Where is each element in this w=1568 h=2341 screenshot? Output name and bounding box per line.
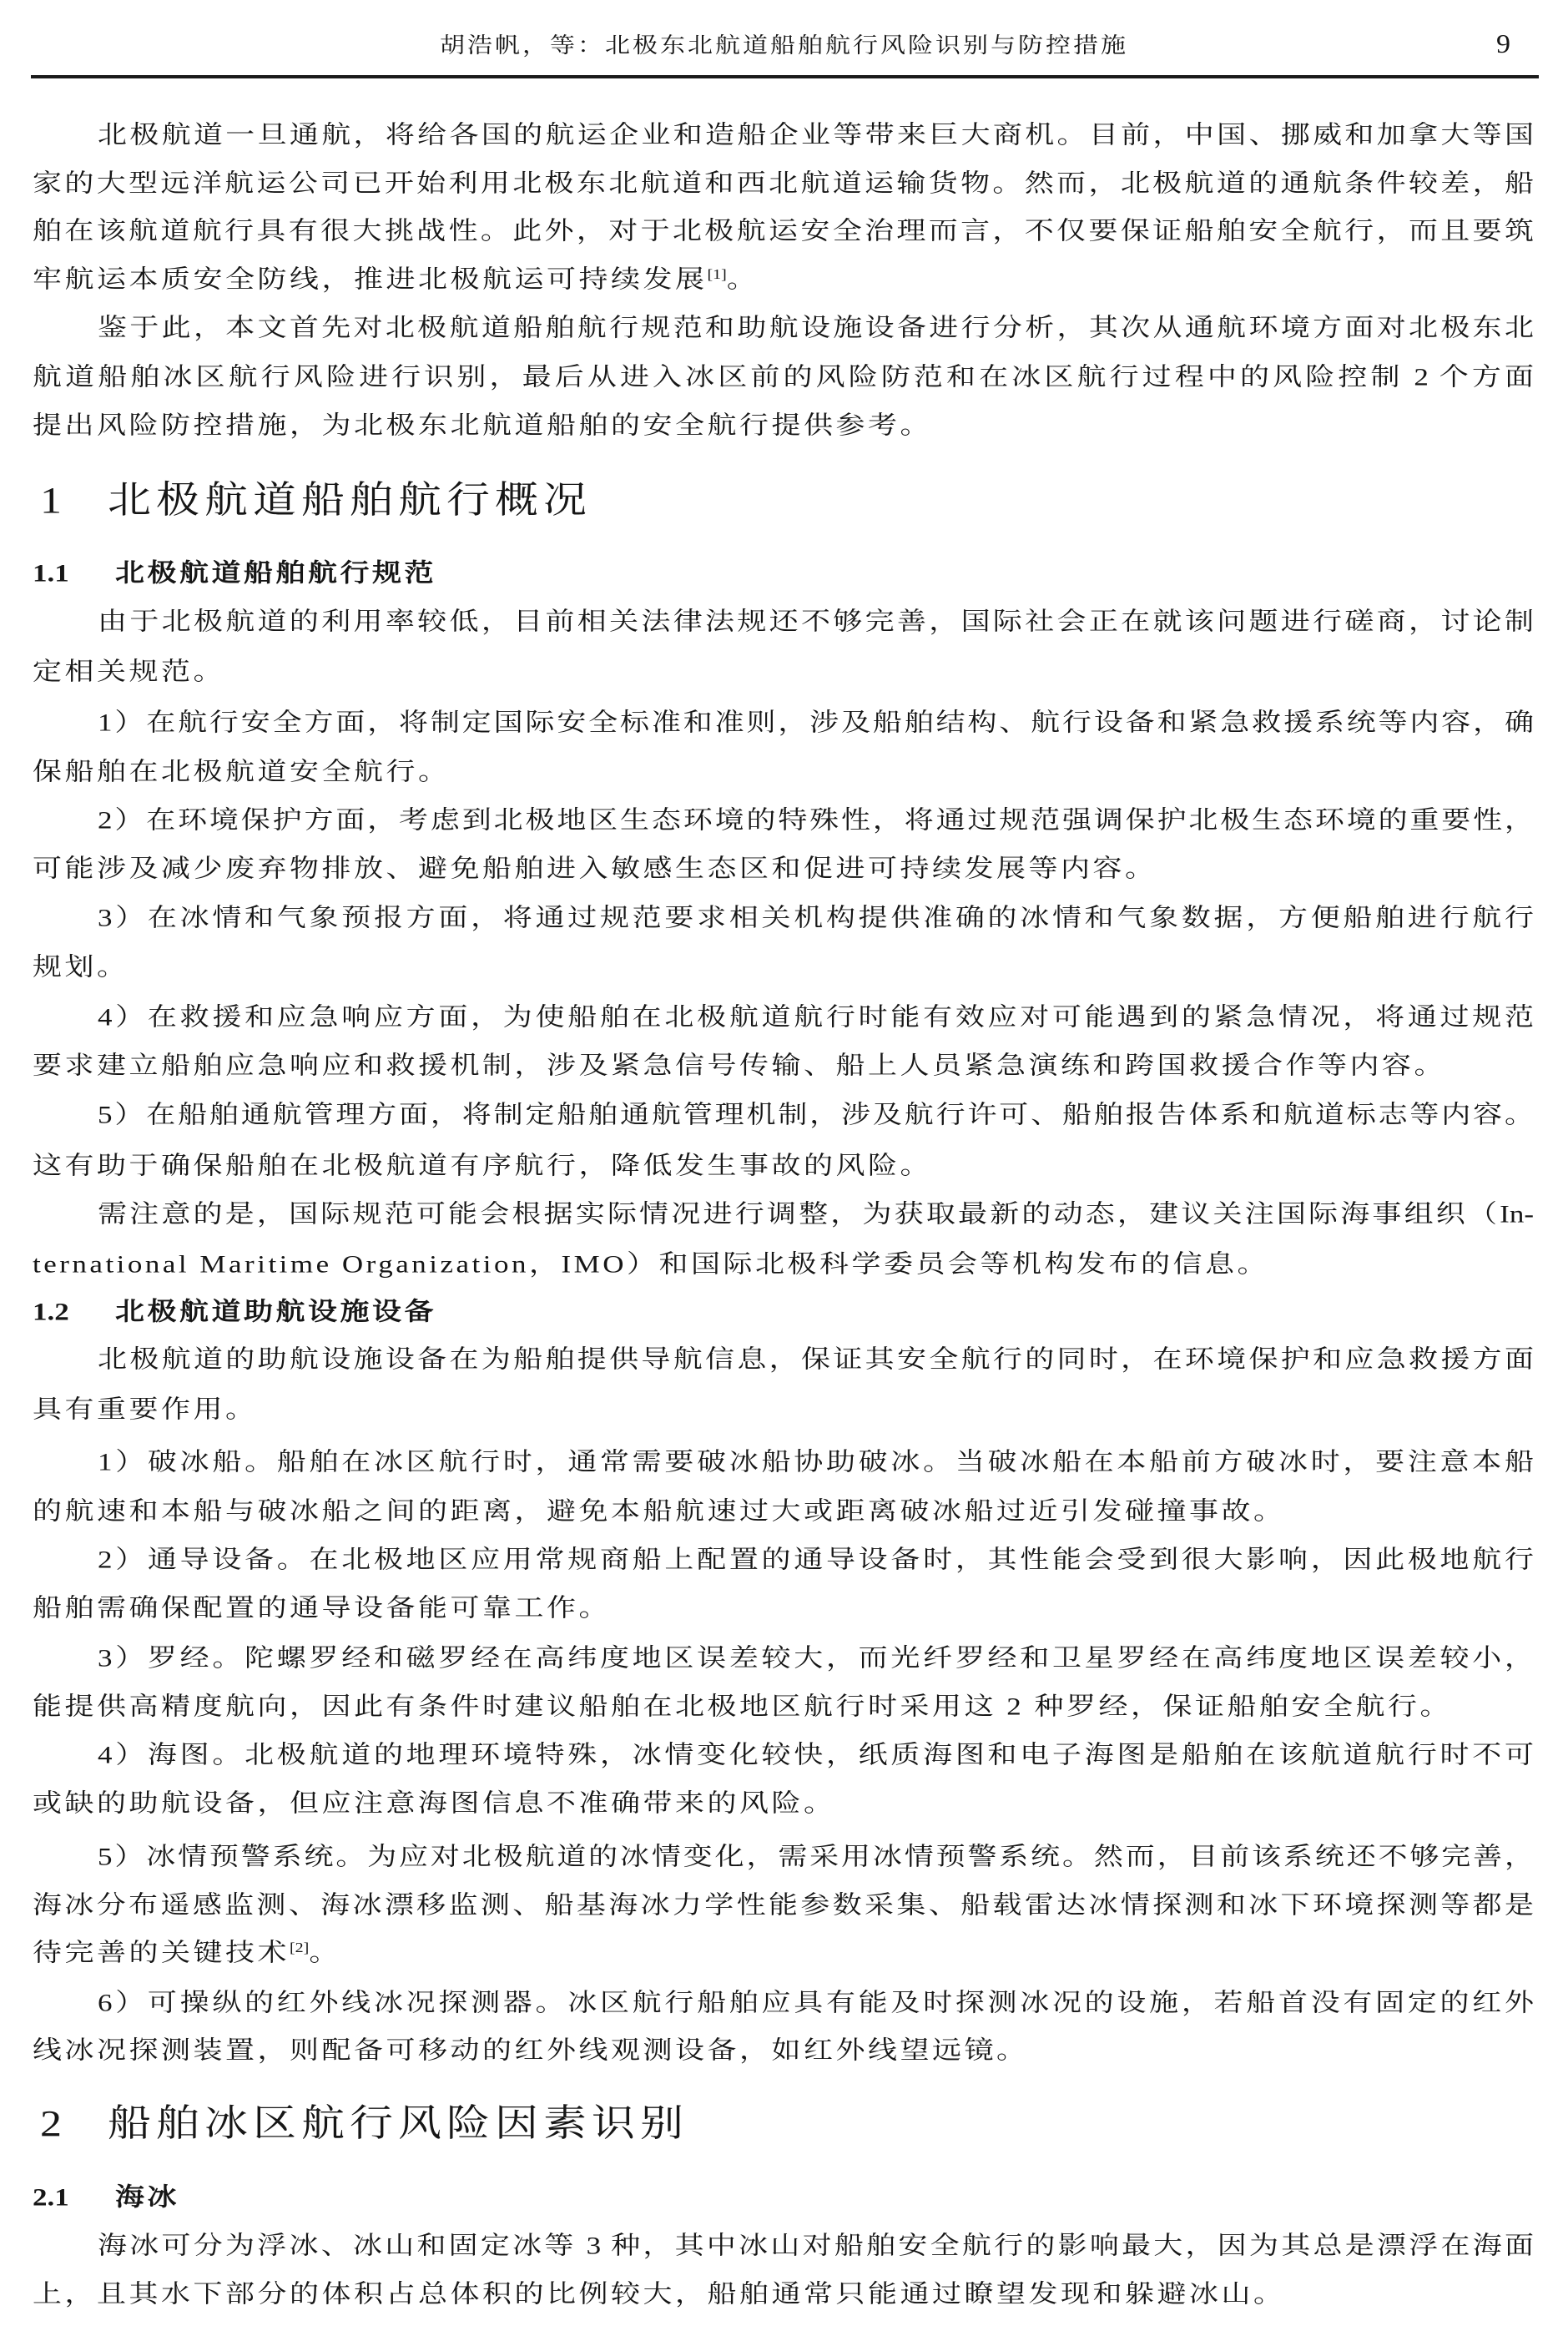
list-item-line: 可能涉及减少废弃物排放、避免船舶进入敏感生态区和促进可持续发展等内容。 xyxy=(33,848,1534,890)
list-item-line: 或缺的助航设备，但应注意海图信息不准确带来的风险。 xyxy=(33,1783,1534,1824)
paragraph-line: 由于北极航道的利用率较低，目前相关法律法规还不够完善，国际社会正在就该问题进行磋… xyxy=(98,601,1534,643)
paragraph-line: 北极航道一旦通航，将给各国的航运企业和造船企业等带来巨大商机。目前，中国、挪威和… xyxy=(98,114,1534,156)
line-text: 待完善的关键技术 xyxy=(33,1939,290,1967)
subsection-heading: 1.1 北极航道船舶航行规范 xyxy=(0,556,1568,592)
list-item-line: 2）在环境保护方面，考虑到北极地区生态环境的特殊性，将通过规范强调保护北极生态环… xyxy=(98,800,1534,841)
section-number: 2 xyxy=(40,2099,62,2149)
line-tail: 。 xyxy=(727,265,759,294)
list-item-line: 要求建立船舶应急响应和救援机制，涉及紧急信号传输、船上人员紧急演练和跨国救援合作… xyxy=(33,1045,1534,1087)
section-title: 北极航道船舶航行概况 xyxy=(108,476,592,526)
line-tail: 。 xyxy=(309,1939,341,1967)
header-rule xyxy=(31,75,1539,78)
list-item-line: 1）破冰船。船舶在冰区航行时，通常需要破冰船协助破冰。当破冰船在本船前方破冰时，… xyxy=(98,1441,1534,1483)
subsection-title: 海冰 xyxy=(115,2180,179,2216)
subsection-number: 1.1 xyxy=(33,556,69,592)
paragraph-line: 上，且其水下部分的体积占总体积的比例较大，船舶通常只能通过瞭望发现和躲避冰山。 xyxy=(33,2273,1534,2315)
list-item-line: 3）在冰情和气象预报方面，将通过规范要求相关机构提供准确的冰情和气象数据，方便船… xyxy=(98,897,1534,939)
list-item-line: 6）可操纵的红外线冰况探测器。冰区航行船舶应具有能及时探测冰况的设施，若船首没有… xyxy=(98,1982,1534,2024)
paragraph-line: ternational Maritime Organization，IMO）和国… xyxy=(33,1244,1534,1285)
section-title: 船舶冰区航行风险因素识别 xyxy=(108,2099,688,2149)
list-item-line: 5）在船舶通航管理方面，将制定船舶通航管理机制，涉及航行许可、船舶报告体系和航道… xyxy=(98,1094,1534,1136)
list-item-line: 这有助于确保船舶在北极航道有序航行，降低发生事故的风险。 xyxy=(33,1145,1534,1187)
paragraph-line: 提出风险防控措施，为北极东北航道船舶的安全航行提供参考。 xyxy=(33,405,1534,447)
list-item-line: 3）罗经。陀螺罗经和磁罗经在高纬度地区误差较大，而光纤罗经和卫星罗经在高纬度地区… xyxy=(98,1637,1534,1679)
paragraph-line: 北极航道的助航设施设备在为船舶提供导航信息，保证其安全航行的同时，在环境保护和应… xyxy=(98,1339,1534,1380)
document-page: 胡浩帆，等：北极东北航道船舶航行风险识别与防控措施 9 北极航道一旦通航，将给各… xyxy=(0,0,1568,2341)
list-item-line: 4）在救援和应急响应方面，为使船舶在北极航道航行时能有效应对可能遇到的紧急情况，… xyxy=(98,996,1534,1038)
list-item-line: 保船舶在北极航道安全航行。 xyxy=(33,751,1534,793)
citation-ref: [2] xyxy=(290,1940,309,1956)
paragraph-line: 家的大型远洋航运公司已开始利用北极东北航道和西北航道运输货物。然而，北极航道的通… xyxy=(33,163,1534,204)
subsection-heading: 2.1 海冰 xyxy=(0,2180,1568,2216)
list-item-line: 1）在航行安全方面，将制定国际安全标准和准则，涉及船舶结构、航行设备和紧急救援系… xyxy=(98,702,1534,744)
paragraph-line: 航道船舶冰区航行风险进行识别，最后从进入冰区前的风险防范和在冰区航行过程中的风险… xyxy=(33,356,1534,398)
paragraph-line: 定相关规范。 xyxy=(33,651,1534,693)
paragraph-line: 需注意的是，国际规范可能会根据实际情况进行调整，为获取最新的动态，建议关注国际海… xyxy=(98,1193,1534,1235)
list-item-line: 待完善的关键技术[2]。 xyxy=(33,1932,1534,1974)
section-heading: 2 船舶冰区航行风险因素识别 xyxy=(0,2099,1568,2149)
subsection-number: 2.1 xyxy=(33,2180,69,2216)
list-item-line: 规划。 xyxy=(33,946,1534,988)
paragraph-line: 牢航运本质安全防线，推进北极航运可持续发展[1]。 xyxy=(33,259,1534,300)
list-item-line: 2）通导设备。在北极地区应用常规商船上配置的通导设备时，其性能会受到很大影响，因… xyxy=(98,1539,1534,1581)
subsection-number: 1.2 xyxy=(33,1294,69,1330)
subsection-title: 北极航道助航设施设备 xyxy=(115,1294,436,1330)
list-item-line: 线冰况探测装置，则配备可移动的红外线观测设备，如红外线望远镜。 xyxy=(33,2030,1534,2071)
list-item-line: 的航速和本船与破冰船之间的距离，避免本船航速过大或距离破冰船过近引发碰撞事故。 xyxy=(33,1491,1534,1532)
list-item-line: 能提供高精度航向，因此有条件时建议船舶在北极地区航行时采用这 2 种罗经，保证船… xyxy=(33,1686,1534,1728)
citation-ref: [1] xyxy=(708,267,727,283)
list-item-line: 船舶需确保配置的通导设备能可靠工作。 xyxy=(33,1587,1534,1629)
line-text: 牢航运本质安全防线，推进北极航运可持续发展 xyxy=(33,265,708,294)
paragraph-line: 海冰可分为浮冰、冰山和固定冰等 3 种，其中冰山对船舶安全航行的影响最大，因为其… xyxy=(98,2225,1534,2267)
running-title: 胡浩帆，等：北极东北航道船舶航行风险识别与防控措施 xyxy=(0,31,1568,62)
paragraph-line: 具有重要作用。 xyxy=(33,1389,1534,1430)
subsection-heading: 1.2 北极航道助航设施设备 xyxy=(0,1294,1568,1330)
paragraph-line: 舶在该航道航行具有很大挑战性。此外，对于北极航运安全治理而言，不仅要保证船舶安全… xyxy=(33,210,1534,252)
list-item-line: 海冰分布遥感监测、海冰漂移监测、船基海冰力学性能参数采集、船载雷达冰情探测和冰下… xyxy=(33,1884,1534,1926)
section-heading: 1 北极航道船舶航行概况 xyxy=(0,476,1568,526)
section-number: 1 xyxy=(40,476,62,526)
page-number: 9 xyxy=(1496,28,1510,62)
list-item-line: 5）冰情预警系统。为应对北极航道的冰情变化，需采用冰情预警系统。然而，目前该系统… xyxy=(98,1836,1534,1878)
subsection-title: 北极航道船舶航行规范 xyxy=(115,556,436,592)
paragraph-line: 鉴于此，本文首先对北极航道船舶航行规范和助航设施设备进行分析，其次从通航环境方面… xyxy=(98,307,1534,349)
list-item-line: 4）海图。北极航道的地理环境特殊，冰情变化较快，纸质海图和电子海图是船舶在该航道… xyxy=(98,1734,1534,1776)
